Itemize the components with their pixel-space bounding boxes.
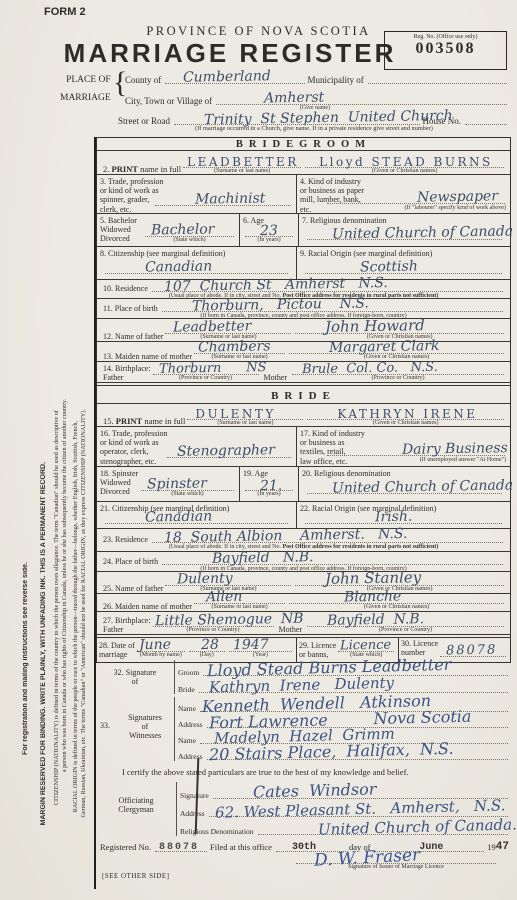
groom-name-label: 2. PRINT name in full [103, 165, 181, 175]
licence-number-value: 88078 [446, 643, 498, 659]
bride-birthplace-row: 24. Place of birth Bayfield N.B. (If bor… [97, 552, 510, 572]
county-value: Cumberland [183, 68, 271, 86]
groom-trade-value: Machinist [195, 190, 266, 207]
groom-trade-label: 3. Trade, profession or kind of work as … [100, 177, 195, 214]
registered-no-stamp: 88078 [159, 842, 199, 853]
bride-name-label: 15. PRINT name in full [103, 417, 185, 427]
groom-birthplace-label: 11. Place of birth [103, 304, 158, 313]
bride-father-row: 25. Name of father Dulenty (Surname or l… [97, 572, 510, 594]
bride-age-label: 19. Age [243, 469, 295, 478]
bride-status-age-religion-row: 18. Spinster Widowed Divorced Spinster (… [97, 467, 510, 502]
bride-father-given: John Stanley [325, 568, 422, 588]
groom-name-row: 2. PRINT name in full LEADBETTER (Surnam… [97, 151, 510, 175]
bride-religion-label: 20. Religious denomination [302, 469, 507, 478]
bride-industry-sub: (If unemployed answer "At Home") [420, 457, 506, 464]
witnesses-number: 33. [96, 697, 116, 761]
groom-status-age-religion-row: 5. Bachelor Widowed Divorced Bachelor (S… [97, 214, 510, 247]
clergy-address-label: Address [180, 809, 205, 818]
bride-mother-birthplace: Bayfield N.B. [327, 611, 424, 629]
margin-note-racial-origin-2: German, Russian, Ukrainian, etc. The ter… [81, 409, 88, 818]
filed-year-stamp: 47 [496, 841, 509, 853]
city-label: City, Town or Village of [125, 96, 212, 106]
margin-note-racial-origin-1: RACIAL ORIGIN is defined in terms of the… [73, 421, 80, 812]
dotted-line [368, 70, 507, 84]
bride-citizenship-origin-row: 21. Citizenship (see marginal definition… [97, 502, 510, 529]
bride-industry-label: 17. Kind of industry or business as text… [300, 429, 390, 466]
groom-age-sub: (In years) [240, 237, 298, 244]
groom-origin-value: Scottish [360, 258, 418, 275]
groom-birthplace-row: 11. Place of birth Thorburn, Pictou N.S.… [97, 299, 510, 319]
couple-signature-block: 32. Signature of GroomLloyd Stead Burns … [96, 660, 511, 694]
issuer-signature-block: D. W. Fraser Signature of Issuer of Marr… [296, 846, 496, 871]
margin-note-citizenship-1: CITIZENSHIP (NATIONALITY) is defined in … [54, 410, 61, 805]
bride-sig-label: Bride [178, 685, 195, 694]
witnesses-label: Signatures of Witnesses [116, 697, 174, 761]
bride-status-sub: (State which) [141, 491, 234, 498]
signatures-section: 32. Signature of GroomLloyd Stead Burns … [96, 660, 511, 853]
marriage-register-document: FORM 2 PROVINCE OF NOVA SCOTIA MARRIAGE … [0, 0, 517, 900]
witness1-name-label: Name [178, 704, 196, 713]
place-of-marriage-label: PLACE OFMARRIAGE [60, 71, 111, 107]
groom-father-label: 12. Name of father [103, 332, 163, 341]
main-form-table: BRIDEGROOM 2. PRINT name in full LEADBET… [96, 137, 511, 663]
municipality-label: Municipality of [308, 75, 364, 85]
bride-parents-birthplace-row: 27. Birthplace: Father Little Shemogue N… [97, 612, 510, 635]
city-row: City, Town or Village of Amherst [125, 91, 510, 106]
groom-father-birthplace: Thorburn NS [158, 360, 266, 377]
bride-parents-birthplace-label: 27. Birthplace: Father [103, 616, 151, 634]
groom-citizenship-origin-row: 8. Citizenship (see marginal definition)… [97, 247, 510, 280]
margin-note-registration: For registration and mailing instruction… [22, 562, 29, 755]
witness2-name-label: Name [178, 736, 196, 745]
groom-citizenship-label: 8. Citizenship (see marginal definition) [100, 249, 293, 258]
licence-banns-label: 29. Licence or banns, [299, 641, 336, 659]
reg-number-value: 003508 [385, 40, 506, 58]
groom-residence-label: 10. Residence [103, 284, 148, 293]
certify-statement: I certify the above stated particulars a… [122, 768, 511, 778]
groom-parents-birthplace-label: 14. Birthplace: Father [103, 364, 151, 382]
groom-mother-label: 13. Maiden name of mother [103, 352, 192, 361]
bride-age-sub: (In years) [240, 491, 298, 498]
bride-father-label: 25. Name of father [103, 584, 163, 593]
clergyman-block: Officiating Clergyman SignatureCates Win… [96, 782, 511, 836]
bride-residence-label: 23. Residence [103, 535, 148, 544]
groom-mother-given: Margaret Clark [329, 338, 440, 356]
officiating-clergyman-label: Officiating Clergyman [96, 782, 176, 836]
groom-trade-industry-row: 3. Trade, profession or kind of work as … [97, 175, 510, 214]
groom-father-row: 12. Name of father Leadbetter (Surname o… [97, 319, 510, 342]
bride-origin-value: Irish. [375, 509, 413, 526]
groom-residence-value: 107 Church St Amherst N.S. [164, 275, 388, 295]
groom-surname-value: LEADBETTER [187, 155, 299, 169]
bride-birthplace-value: Bayfield N.B. [212, 549, 314, 567]
mother-label: Mother [264, 373, 288, 382]
bride-mother-row: 26. Maiden name of mother Allen (Surname… [97, 594, 510, 612]
groom-status-sub: (State which) [145, 237, 234, 244]
signature-of-label: 32. Signature of [96, 660, 174, 694]
given-sub: (Given or Christian names) [289, 604, 504, 611]
county-row: County of Cumberland Municipality of [125, 70, 510, 85]
groom-industry-sub: (If "labourer" specify kind of work abov… [404, 205, 506, 212]
marriage-date-label: 28. Date of marriage [99, 641, 135, 659]
groom-mother-surname: Chambers [198, 338, 271, 355]
bride-birthplace-label: 24. Place of birth [103, 557, 158, 566]
margin-note-citizenship-2: a person who was born in Canada or who h… [62, 399, 69, 772]
registered-no-label: Registered No. [100, 843, 151, 853]
bride-section-header: BRIDE [97, 386, 510, 404]
bride-mother-label: 26. Maiden name of mother [103, 602, 192, 611]
groom-citizenship-value: Canadian [145, 258, 213, 275]
bride-religion-value: United Church of Canada [332, 477, 513, 496]
see-other-side-note: [SEE OTHER SIDE] [102, 872, 170, 880]
groom-father-surname: Leadbetter [173, 318, 252, 335]
groom-mother-row: 13. Maiden name of mother Chambers (Surn… [97, 342, 510, 362]
witnesses-signature-block: 33. Signatures of Witnesses NameKenneth … [96, 697, 511, 761]
county-label: County of [125, 75, 161, 85]
bride-citizenship-value: Canadian [145, 508, 213, 525]
bride-father-surname: Dulenty [177, 570, 233, 587]
licence-banns-value: Licence [340, 638, 391, 654]
groom-sig-label: Groom [178, 668, 199, 677]
city-value: Amherst [264, 89, 324, 106]
groom-origin-label: 9. Racial Origin (see marginal definitio… [300, 249, 507, 258]
groom-parents-birthplace-row: 14. Birthplace: Father Thorburn NS (Prov… [97, 362, 510, 383]
street-sub: (If marriage occurred in a Church, give … [118, 125, 510, 133]
bride-given-value: KATHRYN IRENE [337, 407, 477, 421]
bride-mother-surname: Allen [206, 588, 243, 605]
bride-trade-industry-row: 16. Trade, profession or kind of work as… [97, 427, 510, 467]
clergy-signature-label: Signature [180, 791, 209, 800]
witness1-address-label: Address [178, 720, 203, 729]
form-number: FORM 2 [44, 6, 86, 18]
marriage-month-value: June [139, 637, 171, 654]
reg-number-box: Reg. No. (Office use only) 003508 [384, 31, 507, 70]
marriage-year-value: 1947 [233, 637, 269, 654]
bride-mother-given: Blanche [344, 588, 402, 605]
clergy-denomination: United Church of Canada. [317, 815, 516, 838]
bride-trade-value: Stenographer [177, 442, 275, 460]
groom-father-given: John Howard [325, 316, 425, 336]
street-row: Street or Road Trinity St Stephen United… [118, 111, 510, 126]
bride-surname-value: DULENTY [195, 407, 275, 421]
day-sub: (Day) [189, 652, 225, 659]
margin-note-binding: MARGIN RESERVED FOR BINDING. WRITE PLAIN… [40, 462, 47, 826]
bride-name-row: 15. PRINT name in full DULENTY (Surname … [97, 404, 510, 427]
groom-industry-value: Newspaper [417, 188, 498, 205]
groom-given-value: Lloyd STEAD BURNS [319, 155, 493, 169]
clergy-signature: Cates Windsor [253, 779, 377, 801]
bride-industry-value: Dairy Business [402, 440, 508, 458]
groom-religion-value: United Church of Canada [332, 223, 513, 242]
filed-label: Filed at this office [210, 843, 272, 853]
clergy-denomination-label: Religious Denomination [180, 827, 254, 836]
groom-birthplace-value: Thorburn, Pictou N.S. [192, 295, 369, 314]
bridegroom-section-header: BRIDEGROOM [97, 138, 510, 151]
dotted-line [465, 111, 507, 125]
groom-industry-label: 4. Kind of industry or business as paper… [300, 177, 400, 214]
marriage-day-value: 28 [201, 637, 219, 653]
groom-mother-birthplace: Brule Col. Co. N.S. [302, 360, 438, 377]
bride-father-birthplace: Little Shemogue NB [154, 611, 303, 630]
